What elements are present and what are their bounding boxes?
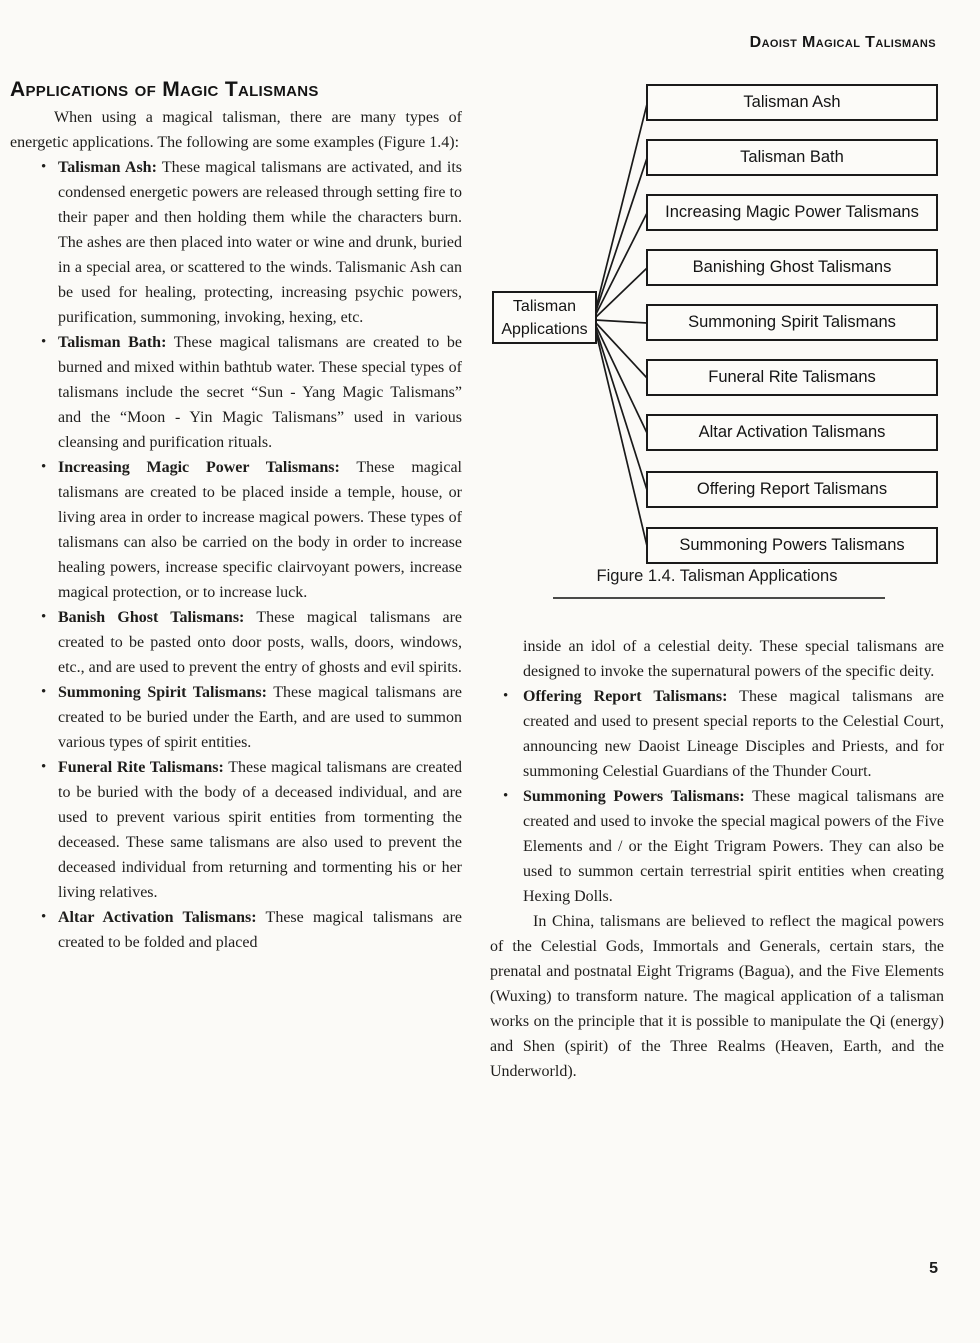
- bullet-label: Banish Ghost Talismans:: [58, 609, 244, 626]
- bullet-text: These magical talismans are created to b…: [58, 759, 462, 901]
- page-number: 5: [929, 1260, 938, 1278]
- book-page: Daoist Magical Talismans Applications of…: [0, 0, 980, 1343]
- bullet-label: Talisman Bath:: [58, 334, 166, 351]
- bullet-label: Talisman Ash:: [58, 159, 157, 176]
- bullet-label: Increasing Magic Power Talismans:: [58, 459, 340, 476]
- figure-box-summoning-powers: Summoning Powers Talismans: [646, 527, 938, 564]
- connector-line: [595, 324, 647, 433]
- bullet-marker: •: [41, 155, 46, 180]
- bullet-marker: •: [41, 605, 46, 630]
- right-column: inside an idol of a celestial deity. The…: [490, 634, 944, 1084]
- section-heading: Applications of Magic Talismans: [10, 78, 462, 102]
- bullet-label: Altar Activation Talismans:: [58, 909, 257, 926]
- connector-line: [595, 213, 647, 316]
- bullet-marker: •: [41, 455, 46, 480]
- bullet-label: Funeral Rite Talismans:: [58, 759, 224, 776]
- figure-box-altar-activation: Altar Activation Talismans: [646, 414, 938, 451]
- figure-box-increasing-magic-power: Increasing Magic Power Talismans: [646, 194, 938, 231]
- bullet-label: Summoning Spirit Talismans:: [58, 684, 267, 701]
- figure-hub-line2: Applications: [494, 318, 595, 341]
- figure-box-banishing-ghost: Banishing Ghost Talismans: [646, 249, 938, 286]
- figure-box-summoning-spirit: Summoning Spirit Talismans: [646, 304, 938, 341]
- connector-line: [595, 320, 647, 323]
- bullet-item-talisman-bath: •Talisman Bath: These magical talismans …: [10, 330, 462, 455]
- figure-hub-line1: Talisman: [494, 295, 595, 318]
- figure-box-talisman-ash: Talisman Ash: [646, 84, 938, 121]
- bullet-label: Offering Report Talismans:: [523, 688, 727, 705]
- bullet-marker: •: [41, 680, 46, 705]
- intro-paragraph: When using a magical talisman, there are…: [10, 105, 462, 155]
- figure-box-talisman-bath: Talisman Bath: [646, 139, 938, 176]
- bullet-text: These magical talismans are created to b…: [58, 459, 462, 601]
- figure-hub-talisman-applications: Talisman Applications: [492, 291, 597, 344]
- bullet-marker: •: [503, 684, 508, 709]
- connector-line: [595, 104, 647, 312]
- figure-box-funeral-rite: Funeral Rite Talismans: [646, 359, 938, 396]
- closing-paragraph: In China, talismans are believed to refl…: [490, 909, 944, 1084]
- bullet-item-summoning-spirit: •Summoning Spirit Talismans: These magic…: [10, 680, 462, 755]
- altar-activation-continuation: inside an idol of a celestial deity. The…: [490, 634, 944, 684]
- figure-caption: Figure 1.4. Talisman Applications: [492, 567, 942, 586]
- bullet-item-offering-report: •Offering Report Talismans: These magica…: [490, 684, 944, 784]
- bullet-item-banish-ghost: •Banish Ghost Talismans: These magical t…: [10, 605, 462, 680]
- left-column: Applications of Magic Talismans When usi…: [10, 78, 462, 955]
- bullet-marker: •: [41, 905, 46, 930]
- connector-line-group: [595, 104, 647, 546]
- bullet-item-funeral-rite: •Funeral Rite Talismans: These magical t…: [10, 755, 462, 905]
- bullet-marker: •: [41, 330, 46, 355]
- connector-line: [595, 158, 647, 314]
- figure-caption-rule: [553, 597, 885, 599]
- bullet-text: These magical talismans are created to b…: [58, 334, 462, 451]
- bullet-text: These magical talismans are created and …: [523, 788, 944, 905]
- bullet-label: Summoning Powers Talismans:: [523, 788, 745, 805]
- bullet-marker: •: [41, 755, 46, 780]
- bullet-text: These magical talismans are activated, a…: [58, 159, 462, 326]
- running-header: Daoist Magical Talismans: [750, 34, 936, 52]
- bullet-item-talisman-ash: •Talisman Ash: These magical talismans a…: [10, 155, 462, 330]
- figure-box-offering-report: Offering Report Talismans: [646, 471, 938, 508]
- connector-line: [595, 328, 647, 546]
- bullet-item-altar-activation: •Altar Activation Talismans: These magic…: [10, 905, 462, 955]
- figure-1-4-diagram: Talisman Applications Talisman Ash Talis…: [492, 84, 942, 566]
- bullet-item-summoning-powers: •Summoning Powers Talismans: These magic…: [490, 784, 944, 909]
- bullet-item-increasing-magic-power: •Increasing Magic Power Talismans: These…: [10, 455, 462, 605]
- bullet-marker: •: [503, 784, 508, 809]
